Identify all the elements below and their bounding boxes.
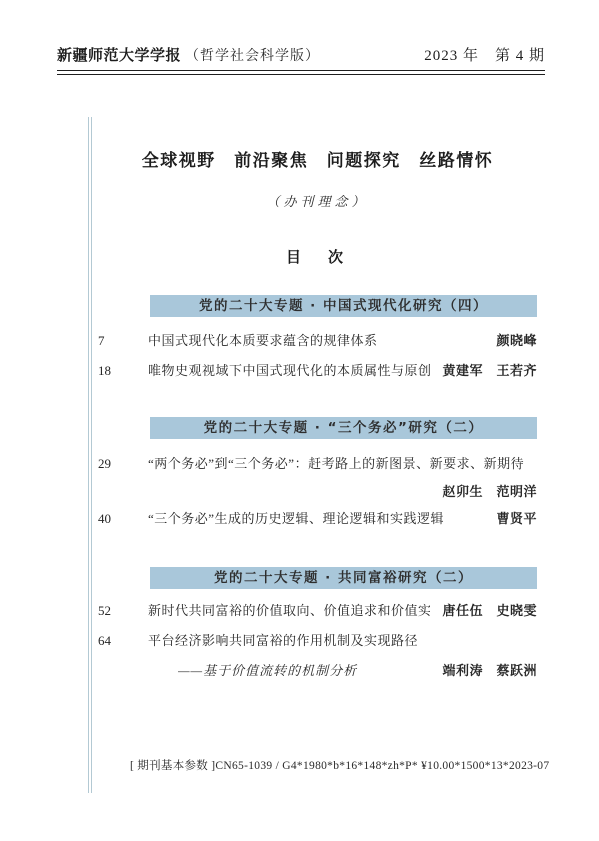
section-header-three-musts: 党的二十大专题 · “三个务必”研究（二）	[150, 417, 537, 439]
toc-entry: 64 平台经济影响共同富裕的作用机制及实现路径	[98, 632, 537, 649]
article-authors: 颜晓峰	[496, 332, 537, 349]
page-number: 40	[98, 510, 148, 527]
motto-note: （办刊理念）	[98, 191, 537, 210]
toc-entry: 29 “两个务必”到“三个务必”：赶考路上的新图景、新要求、新期待	[98, 455, 537, 472]
journal-title-group: 新疆师范大学学报 （哲学社会科学版）	[57, 44, 320, 65]
article-authors: 端利涛 蔡跃洲	[442, 662, 537, 679]
page-number: 29	[98, 455, 148, 472]
journal-subtitle: （哲学社会科学版）	[185, 48, 320, 64]
toc-entry-subtitle: ——基于价值流转的机制分析 端利涛 蔡跃洲	[98, 662, 537, 679]
page-number: 18	[98, 362, 148, 379]
toc-entry: 7 中国式现代化本质要求蕴含的规律体系 颜晓峰	[98, 332, 537, 349]
header-double-rule	[57, 70, 545, 75]
toc-entry: 52 新时代共同富裕的价值取向、价值追求和价值实现 唐任伍 史晓雯	[98, 602, 537, 619]
article-authors: 唐任伍 史晓雯	[442, 602, 537, 619]
section-header-common-prosperity: 党的二十大专题 · 共同富裕研究（二）	[150, 567, 537, 589]
page-number: 64	[98, 632, 148, 649]
issue-label: 2023 年 第 4 期	[424, 44, 545, 65]
article-authors: 曹贤平	[496, 510, 537, 527]
journal-parameters-line: [ 期刊基本参数 ]CN65-1039 / G4*1980*b*16*148*z…	[130, 757, 549, 773]
article-title: “三个务必”生成的历史逻辑、理论逻辑和实践逻辑	[148, 510, 484, 527]
article-subtitle: ——基于价值流转的机制分析	[178, 662, 430, 679]
toc-entry: 40 “三个务必”生成的历史逻辑、理论逻辑和实践逻辑 曹贤平	[98, 510, 537, 527]
article-title: 平台经济影响共同富裕的作用机制及实现路径	[148, 632, 537, 649]
contents-title: 目 次	[98, 246, 537, 267]
article-title: “两个务必”到“三个务必”：赶考路上的新图景、新要求、新期待	[148, 455, 537, 472]
left-vertical-rule	[88, 117, 92, 793]
article-authors: 赵卯生 范明洋	[98, 483, 537, 500]
page-number: 7	[98, 332, 148, 349]
article-authors: 黄建军 王若齐	[442, 362, 537, 379]
section-header-modernization: 党的二十大专题 · 中国式现代化研究（四）	[150, 295, 537, 317]
article-title: 新时代共同富裕的价值取向、价值追求和价值实现	[148, 602, 430, 619]
page-number: 52	[98, 602, 148, 619]
article-title: 唯物史观视域下中国式现代化的本质属性与原创性贡献	[148, 362, 430, 379]
page-header: 新疆师范大学学报 （哲学社会科学版） 2023 年 第 4 期	[57, 44, 545, 65]
journal-contents-page: 新疆师范大学学报 （哲学社会科学版） 2023 年 第 4 期 全球视野 前沿聚…	[0, 0, 599, 841]
toc-entry: 18 唯物史观视域下中国式现代化的本质属性与原创性贡献 黄建军 王若齐	[98, 362, 537, 379]
journal-title: 新疆师范大学学报	[57, 46, 181, 64]
journal-motto: 全球视野 前沿聚焦 问题探究 丝路情怀	[98, 146, 537, 171]
contents-column: 全球视野 前沿聚焦 问题探究 丝路情怀 （办刊理念） 目 次 党的二十大专题 ·…	[98, 140, 537, 679]
article-title: 中国式现代化本质要求蕴含的规律体系	[148, 332, 484, 349]
